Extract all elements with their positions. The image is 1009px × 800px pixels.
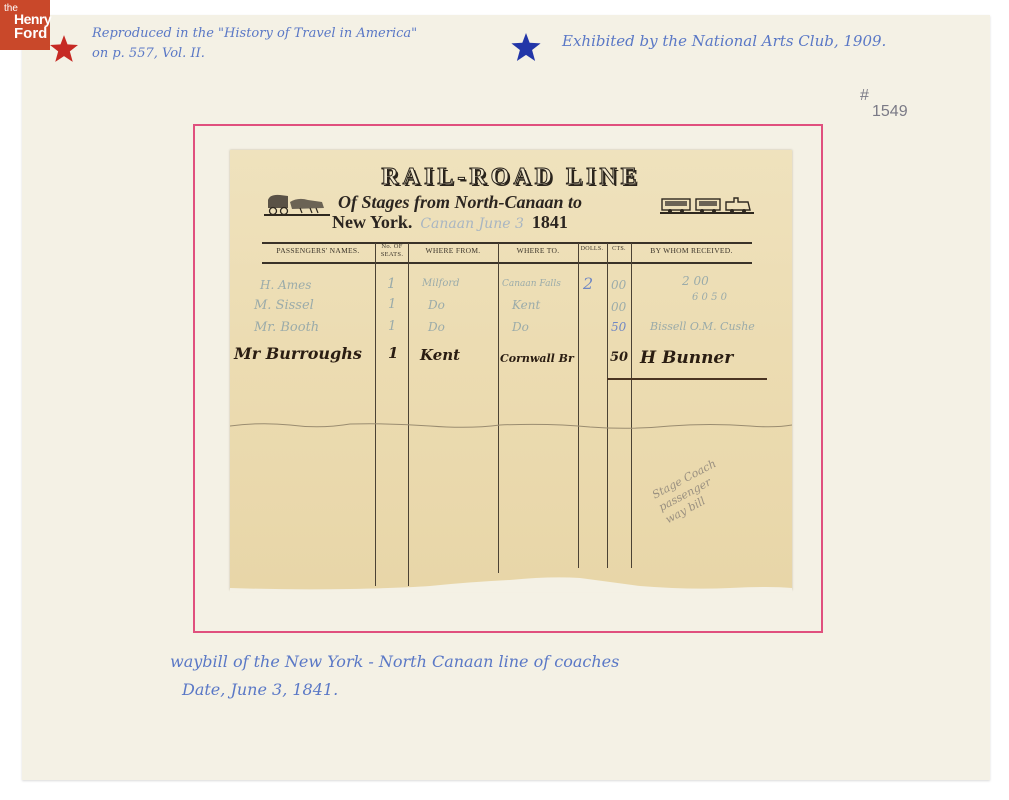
blue-star-icon [511, 33, 541, 61]
henry-ford-logo[interactable]: the Henry Ford [0, 0, 50, 50]
row1-cts: 00 [611, 278, 626, 292]
reproduction-note: Reproduced in the "History of Travel in … [92, 24, 417, 64]
column-divider [375, 243, 376, 586]
stagecoach-illustration-icon [264, 192, 330, 218]
column-divider [498, 243, 499, 573]
row4-from: Kent [420, 346, 460, 364]
subtitle-new-york: New York. [332, 212, 412, 232]
row2-from: Do [428, 298, 445, 312]
reproduction-note-line1: Reproduced in the "History of Travel in … [92, 24, 417, 44]
waybill-description-line1: waybill of the New York - North Canaan l… [170, 648, 619, 676]
torn-edge [230, 568, 792, 592]
row4-to: Cornwall Br [500, 352, 574, 365]
column-header-seats: No. OF SEATS. [376, 243, 408, 259]
column-header-passengers: PASSENGERS' NAMES. [262, 246, 374, 255]
paper-fold-line [230, 420, 792, 432]
row1-to: Canaan Falls [502, 279, 561, 289]
column-header-cts: CTS. [607, 246, 631, 252]
column-header-received: BY WHOM RECEIVED. [631, 246, 752, 255]
row3-cts: 50 [611, 320, 626, 334]
row2-cts: 00 [611, 300, 626, 314]
waybill-description-line2: Date, June 3, 1841. [170, 676, 619, 704]
header-bottom-rule [262, 262, 752, 264]
pencil-note: Stage Coach passenger way bill [650, 457, 732, 527]
row4-cts: 50 [610, 350, 628, 365]
row3-to: Do [512, 320, 529, 334]
column-header-dolls: DOLLS. [578, 246, 606, 252]
row2-received: 6 0 5 0 [692, 292, 727, 303]
column-divider [578, 243, 579, 568]
document-year: 1841 [532, 212, 568, 232]
exhibition-note: Exhibited by the National Arts Club, 190… [562, 32, 886, 50]
row1-from: Milford [422, 278, 460, 289]
column-divider [607, 243, 608, 568]
reproduction-note-line2: on p. 557, Vol. II. [92, 44, 417, 64]
logo-text-ford: Ford [14, 26, 47, 41]
waybill-description: waybill of the New York - North Canaan l… [170, 648, 619, 704]
red-star-icon [50, 35, 78, 62]
column-header-where-to: WHERE TO. [498, 246, 578, 255]
logo-text-henry: Henry [14, 12, 51, 26]
row1-received: 2 00 [682, 274, 709, 288]
row3-seats: 1 [388, 319, 396, 334]
row2-to: Kent [512, 298, 540, 312]
row1-name: H. Ames [260, 278, 311, 292]
row2-name: M. Sissel [254, 298, 314, 313]
column-divider [631, 243, 632, 568]
header-top-rule [262, 242, 752, 244]
row2-seats: 1 [388, 297, 396, 312]
document-subtitle-line2: New York.Canaan June 31841 [332, 212, 568, 233]
row4-seats: 1 [388, 344, 398, 362]
row4-received: H Bunner [640, 348, 733, 368]
signature-underline [607, 378, 767, 380]
train-illustration-icon [660, 194, 754, 216]
row4-name: Mr Burroughs [234, 344, 362, 363]
column-divider [408, 243, 409, 586]
column-header-where-from: WHERE FROM. [408, 246, 498, 255]
row1-seats: 1 [387, 276, 396, 292]
document-subtitle: Of Stages from North-Canaan to [338, 192, 582, 213]
row3-received: Bissell O.M. Cushe [650, 320, 755, 333]
handwritten-date: Canaan June 3 [420, 216, 524, 232]
document-title: RAIL-ROAD LINE [230, 164, 792, 191]
row3-from: Do [428, 320, 445, 334]
catalog-hash: # [860, 87, 869, 104]
waybill-document[interactable]: RAIL-ROAD LINE Of Stages from North-Cana… [230, 150, 792, 590]
catalog-number: # 1549 [860, 88, 908, 120]
row3-name: Mr. Booth [254, 320, 319, 335]
catalog-number-value: 1549 [860, 104, 908, 120]
row1-dolls: 2 [583, 274, 593, 293]
